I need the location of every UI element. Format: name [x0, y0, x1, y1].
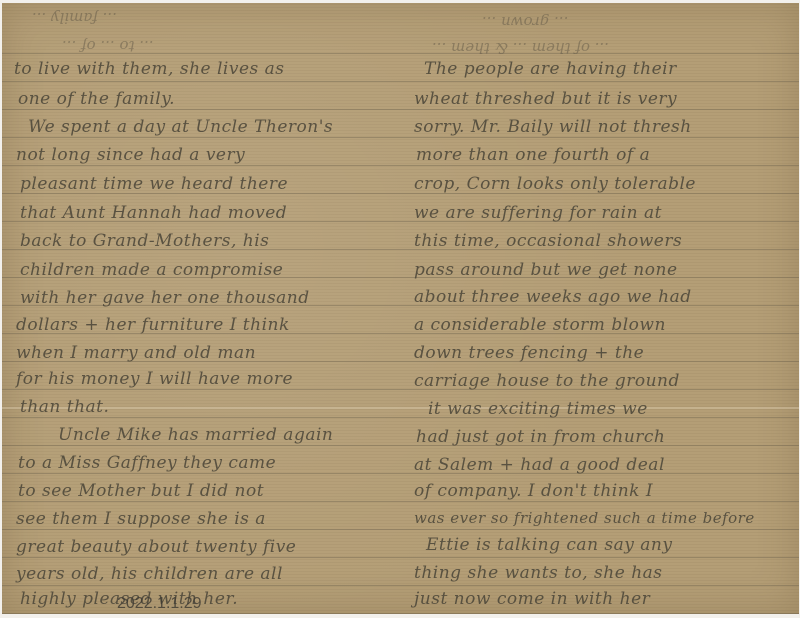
letter-line: than that. — [20, 397, 109, 417]
bleed-through-text: ... family ... — [32, 9, 117, 27]
ruled-line — [2, 137, 799, 138]
letter-line: years old, his children are all — [16, 564, 283, 584]
paper-fold — [2, 407, 799, 409]
letter-line: had just got in from church — [416, 427, 665, 447]
archive-number: 2022.1.1.29 — [117, 595, 202, 613]
letter-line: was ever so frightened such a time befor… — [414, 509, 755, 527]
bleed-through-text: ... grown ... — [482, 13, 568, 31]
letter-line: to see Mother but I did not — [18, 481, 264, 501]
letter-line: it was exciting times we — [428, 399, 648, 419]
ruled-line — [2, 585, 799, 586]
letter-line: that Aunt Hannah had moved — [20, 203, 287, 223]
letter-line: sorry. Mr. Baily will not thresh — [414, 117, 692, 137]
letter-line: The people are having their — [424, 59, 677, 79]
letter-line: at Salem + had a good deal — [414, 455, 665, 475]
bleed-through-text: ... to ... of ... — [62, 37, 154, 55]
letter-line: pass around but we get none — [414, 260, 678, 280]
letter-line: carriage house to the ground — [414, 371, 680, 391]
letter-line: see them I suppose she is a — [16, 509, 266, 529]
letter-line: about three weeks ago we had — [414, 287, 692, 307]
ruled-line — [2, 445, 799, 446]
letter-line: one of the family. — [18, 89, 175, 109]
letter-line: down trees fencing + the — [414, 343, 644, 363]
letter-line: just now come in with her — [414, 589, 650, 609]
ruled-line — [2, 417, 799, 418]
letter-line: We spent a day at Uncle Theron's — [28, 117, 333, 137]
ruled-line — [2, 81, 799, 82]
letter-line: of company. I don't think I — [414, 481, 653, 501]
letter-line: great beauty about twenty five — [16, 537, 296, 557]
letter-line: pleasant time we heard there — [20, 174, 288, 194]
letter-line: for his money I will have more — [16, 369, 293, 389]
letter-line: crop, Corn looks only tolerable — [414, 174, 696, 194]
ruled-line — [2, 165, 799, 166]
letter-line: children made a compromise — [20, 260, 283, 280]
ruled-line — [2, 109, 799, 110]
bleed-through-text: ... of them ... & them ... — [432, 39, 609, 57]
letter-line: this time, occasional showers — [414, 231, 682, 251]
letter-line: when I marry and old man — [16, 343, 256, 363]
letter-line: thing she wants to, she has — [414, 563, 663, 583]
letter-line: not long since had a very — [16, 145, 245, 165]
letter-line: dollars + her furniture I think — [16, 315, 290, 335]
letter-line: to live with them, she lives as — [14, 59, 285, 79]
ruled-line — [2, 557, 799, 558]
letter-line: more than one fourth of a — [416, 145, 650, 165]
ruled-line — [2, 613, 799, 614]
letter-line: a considerable storm blown — [414, 315, 666, 335]
letter-line: wheat threshed but it is very — [414, 89, 677, 109]
letter-line: Uncle Mike has married again — [58, 425, 333, 445]
ruled-line — [2, 473, 799, 474]
letter-line: with her gave her one thousand — [20, 288, 310, 308]
letter-page: ... family ... ... to ... of ... ... gro… — [2, 3, 799, 614]
letter-line: to a Miss Gaffney they came — [18, 453, 276, 473]
ruled-line — [2, 529, 799, 530]
letter-line: back to Grand-Mothers, his — [20, 231, 269, 251]
letter-line: Ettie is talking can say any — [426, 535, 672, 555]
ruled-line — [2, 501, 799, 502]
letter-line: we are suffering for rain at — [414, 203, 662, 223]
